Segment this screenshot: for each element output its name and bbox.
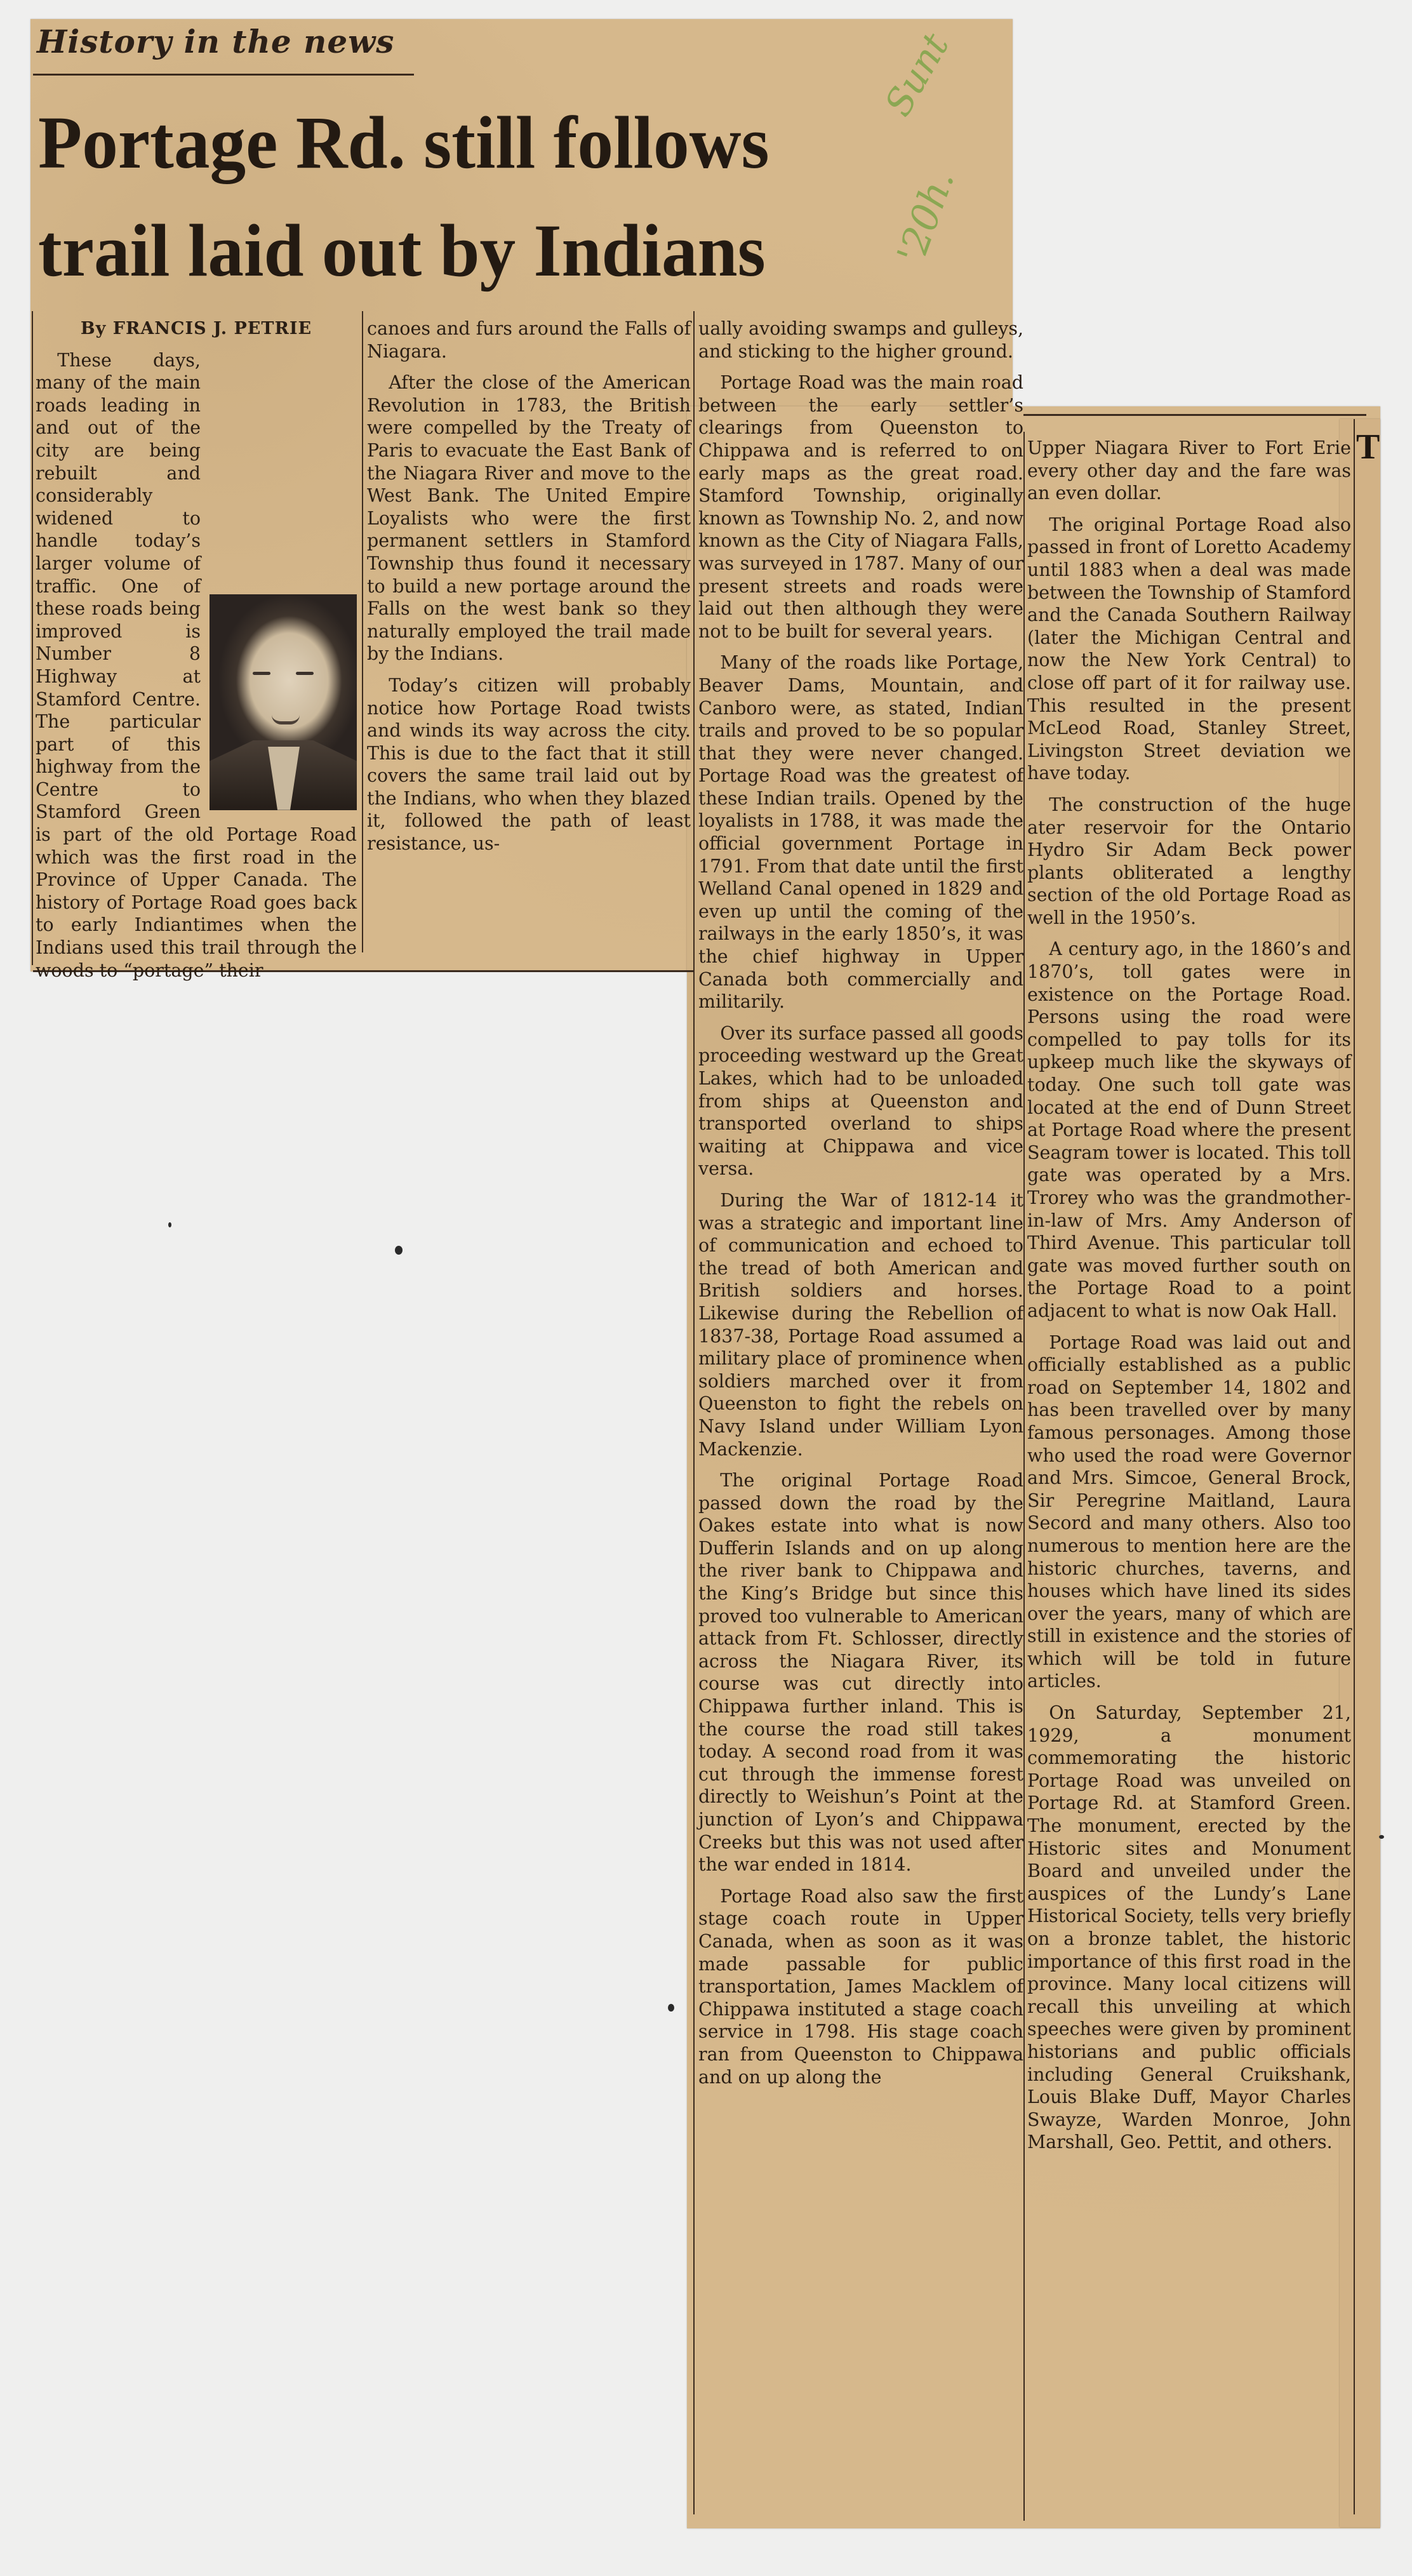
article-paragraph: Portage Road also saw the first stage co…: [698, 1885, 1023, 2088]
article-paragraph: Upper Niagara River to Fort Erie every o…: [1027, 437, 1351, 505]
article-paragraph: After the close of the American Revoluti…: [367, 371, 691, 665]
article-paragraph: canoes and furs around the Falls of Niag…: [367, 317, 691, 363]
scan-speck: [395, 1246, 403, 1255]
kicker-underline: [33, 74, 414, 76]
article-paragraph: Many of the roads like Portage, Beaver D…: [698, 651, 1023, 1013]
adjacent-headline-fragment: T: [1356, 427, 1380, 467]
article-paragraph: Over its surface passed all goods procee…: [698, 1022, 1023, 1180]
article-column-1: By FRANCIS J. PETRIE These days, many of…: [36, 317, 357, 991]
scan-speck: [668, 2004, 674, 2012]
column-rule: [1023, 432, 1025, 2521]
article-column-3: ually avoiding swamps and gulleys, and s…: [698, 317, 1023, 2097]
article-paragraph: During the War of 1812-14 it was a strat…: [698, 1189, 1023, 1460]
column-rule: [693, 311, 695, 2514]
headline-line-1: Portage Rd. still follows: [38, 89, 891, 197]
author-photo: [210, 594, 357, 810]
headline-line-2: trail laid out by Indians: [38, 197, 891, 305]
portrait-mouth: [272, 715, 300, 724]
article-paragraph: Portage Road was laid out and officially…: [1027, 1331, 1351, 1693]
article-paragraph: ually avoiding swamps and gulleys, and s…: [698, 317, 1023, 363]
article-paragraph: Today’s citizen will probably notice how…: [367, 674, 691, 855]
article-paragraph: On Saturday, September 21, 1929, a monum…: [1027, 1702, 1351, 2154]
article-paragraph: The construction of the huge ater reserv…: [1027, 794, 1351, 930]
column-rule: [362, 311, 363, 952]
portrait-eye: [296, 672, 314, 675]
section-kicker: History in the news: [37, 23, 394, 60]
article-paragraph: The original Portage Road passed down th…: [698, 1469, 1023, 1876]
column-rule: [32, 311, 33, 965]
article-column-4: Upper Niagara River to Fort Erie every o…: [1027, 437, 1351, 2163]
byline: By FRANCIS J. PETRIE: [36, 317, 357, 340]
article-column-2: canoes and furs around the Falls of Niag…: [367, 317, 691, 864]
article-paragraph: The original Portage Road also passed in…: [1027, 514, 1351, 785]
scan-speck: [1379, 1835, 1384, 1839]
author-portrait-image: [210, 594, 357, 810]
column-rule: [1354, 419, 1355, 2514]
headline: Portage Rd. still follows trail laid out…: [38, 89, 891, 305]
portrait-eye: [253, 672, 270, 675]
article-paragraph: Portage Road was the main road between t…: [698, 371, 1023, 643]
article-paragraph: A century ago, in the 1860’s and 1870’s,…: [1027, 938, 1351, 1322]
scan-speck: [168, 1222, 171, 1227]
top-rule: [1023, 414, 1366, 416]
